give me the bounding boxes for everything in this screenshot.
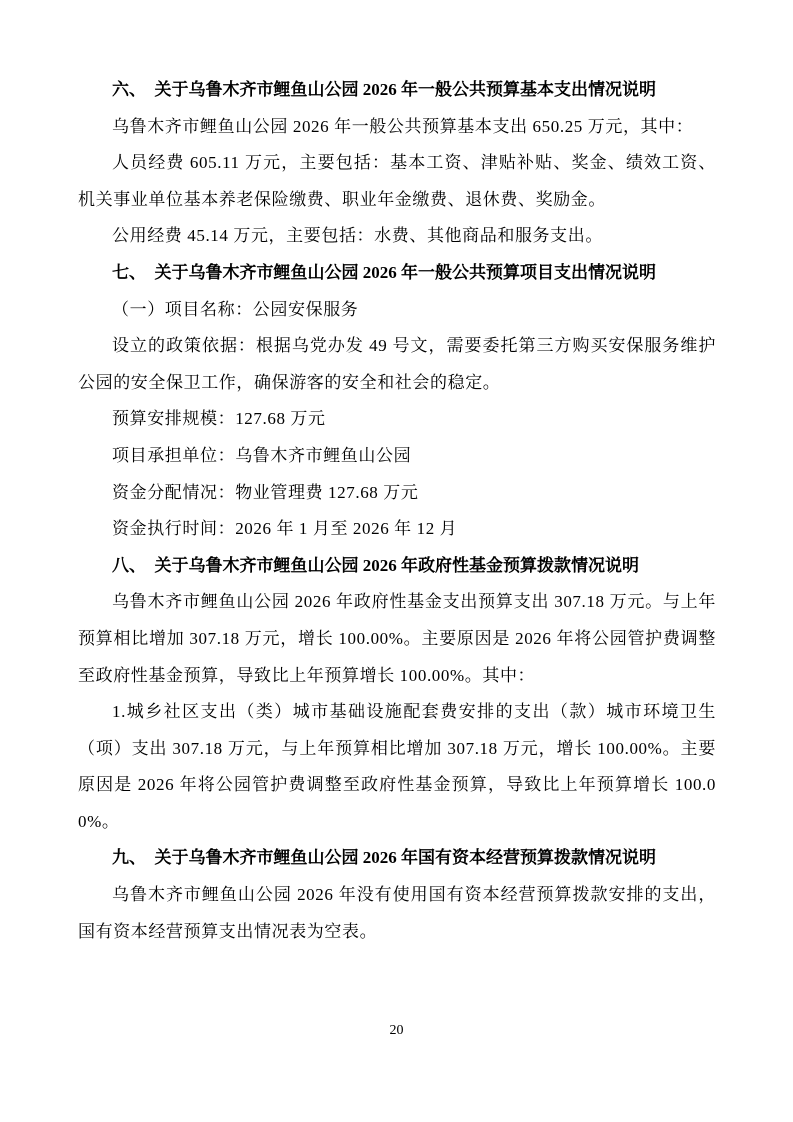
para-execution-period: 资金执行时间：2026 年 1 月至 2026 年 12 月 bbox=[78, 511, 716, 548]
para-state-capital-budget: 乌鲁木齐市鲤鱼山公园 2026 年没有使用国有资本经营预算拨款安排的支出，国有资… bbox=[78, 877, 716, 950]
para-public-funds: 公用经费 45.14 万元，主要包括：水费、其他商品和服务支出。 bbox=[78, 218, 716, 255]
section-heading-7: 七、 关于乌鲁木齐市鲤鱼山公园 2026 年一般公共预算项目支出情况说明 bbox=[78, 255, 716, 292]
para-budget-scale: 预算安排规模：127.68 万元 bbox=[78, 401, 716, 438]
para-project-name: （一）项目名称：公园安保服务 bbox=[78, 292, 716, 329]
para-undertaking-unit: 项目承担单位：乌鲁木齐市鲤鱼山公园 bbox=[78, 438, 716, 475]
para-fund-allocation: 资金分配情况：物业管理费 127.68 万元 bbox=[78, 475, 716, 512]
section-heading-6: 六、 关于乌鲁木齐市鲤鱼山公园 2026 年一般公共预算基本支出情况说明 bbox=[78, 72, 716, 109]
section-heading-8: 八、 关于乌鲁木齐市鲤鱼山公园 2026 年政府性基金预算拨款情况说明 bbox=[78, 548, 716, 585]
para-basic-expenditure-total: 乌鲁木齐市鲤鱼山公园 2026 年一般公共预算基本支出 650.25 万元，其中… bbox=[78, 109, 716, 146]
para-personnel-funds: 人员经费 605.11 万元，主要包括：基本工资、津贴补贴、奖金、绩效工资、机关… bbox=[78, 145, 716, 218]
para-policy-basis: 设立的政策依据：根据乌党办发 49 号文，需要委托第三方购买安保服务维护公园的安… bbox=[78, 328, 716, 401]
page-number: 20 bbox=[0, 1022, 793, 1040]
document-body: 六、 关于乌鲁木齐市鲤鱼山公园 2026 年一般公共预算基本支出情况说明 乌鲁木… bbox=[78, 72, 716, 950]
para-urban-community-expenditure: 1.城乡社区支出（类）城市基础设施配套费安排的支出（款）城市环境卫生（项）支出 … bbox=[78, 694, 716, 840]
para-gov-fund-budget: 乌鲁木齐市鲤鱼山公园 2026 年政府性基金支出预算支出 307.18 万元。与… bbox=[78, 584, 716, 694]
section-heading-9: 九、 关于乌鲁木齐市鲤鱼山公园 2026 年国有资本经营预算拨款情况说明 bbox=[78, 840, 716, 877]
